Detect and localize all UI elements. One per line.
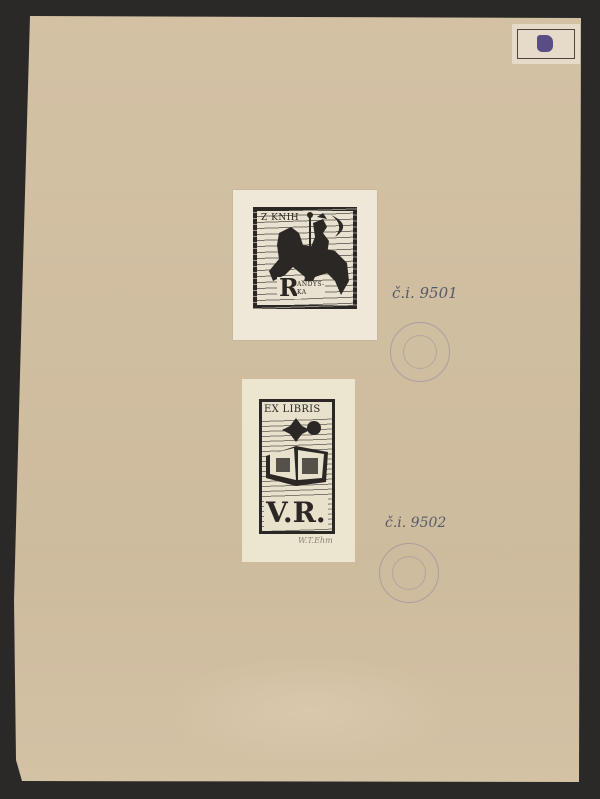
ink-stamp-b [537,35,553,52]
round-seal-1 [390,322,450,382]
woodcut-field: EX LIBRIS V.R. [262,402,332,531]
bookplate-1-title: Z KNIH [261,213,299,223]
bookplate-2: EX LIBRIS V.R. W.T.Ehm [242,379,355,562]
artist-signature: W.T.Ehm [298,536,333,545]
woodcut-book: EX LIBRIS V.R. [259,399,335,534]
bookplate-1: Z KNIH R ANDÝS-KA [233,190,377,340]
catalog-label [512,24,580,64]
woodcut-field: Z KNIH R ANDÝS-KA [257,211,353,305]
woodcut-rider: Z KNIH R ANDÝS-KA [253,207,357,309]
inventory-note-1: č.i. 9501 [392,284,458,302]
bookplate-2-initials: V.R. [264,498,328,528]
seal-inner-ring [392,556,426,590]
bookplate-2-title: EX LIBRIS [264,404,321,415]
round-seal-2 [379,543,439,603]
paper-stain [160,655,460,765]
catalog-label-frame [517,29,575,59]
bookplate-1-name: ANDÝS-KA [297,281,325,297]
mounting-sheet: Z KNIH R ANDÝS-KA EX LIBRIS [0,0,600,799]
seal-inner-ring [403,335,437,369]
inventory-note-2: č.i. 9502 [385,515,446,531]
